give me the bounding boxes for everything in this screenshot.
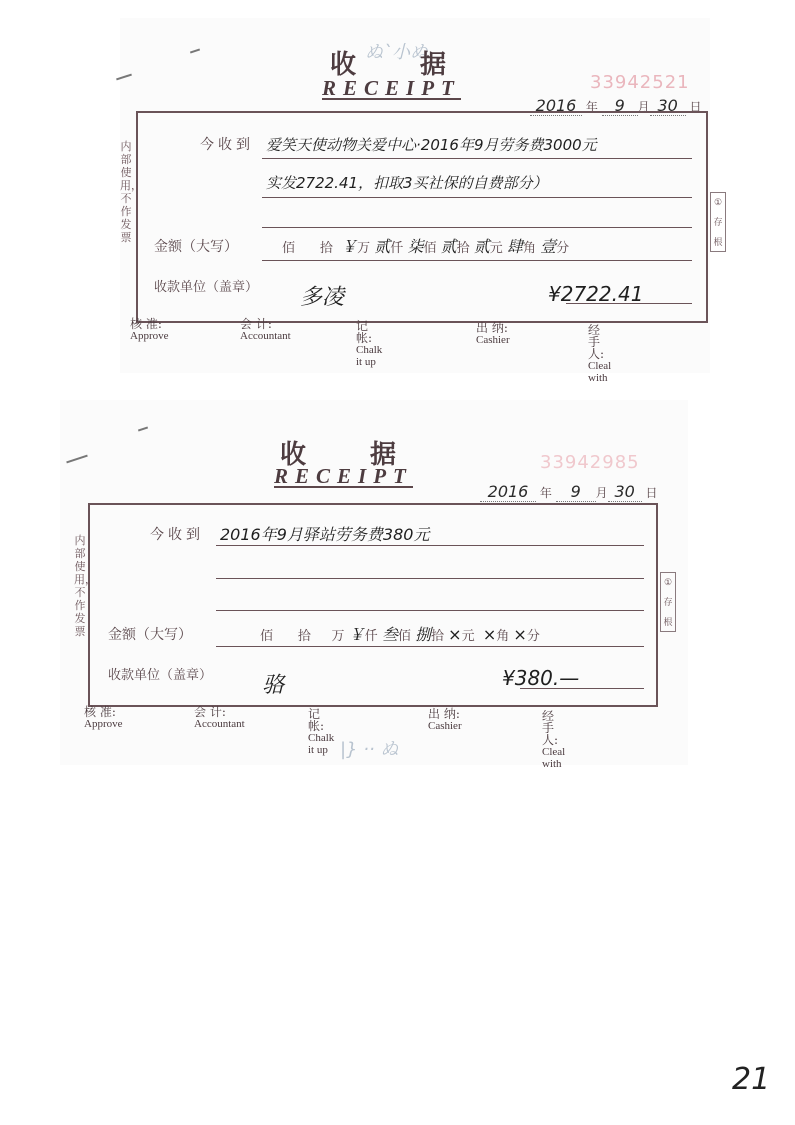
amount-slot: 壹分 [540,241,569,256]
stub-char: 根 [661,613,675,633]
rule-line [262,197,692,198]
amount-slot: 柒佰 [407,241,436,256]
sig-chalk: 记 帐:Chalk it up [356,320,382,368]
payee-label: 收款单位（盖章） [108,664,212,683]
stub-char: 根 [711,233,725,253]
rule-line [262,158,692,159]
internal-use-note: 内部使用，不作发票 [120,140,132,244]
amount-slot: 佰 [260,629,273,644]
rule-line [216,610,644,611]
sig-deal-with: 经手人:Cleal with [588,324,611,384]
amount-slot: 肆角 [507,241,536,256]
received-from-line-2: 实发2722.41，扣取3买社保的自费部分） [266,172,548,193]
received-from-label: 今收到 [150,524,204,544]
amount-words: 佰 拾 万 ￥仟 叁佰 捌拾 ×元 ×角 ×分 [260,622,540,645]
receipt-title-en: RECEIPT [274,466,413,488]
date-day: 30 [608,482,642,502]
amount-slot: 万 [332,629,345,644]
stub-num: ① [711,193,725,213]
receipt-title-en: RECEIPT [322,78,461,100]
page-number: 21 [732,1062,770,1097]
sig-accountant: 会 计:Accountant [240,318,291,342]
amount-slot: ×分 [513,629,539,644]
amount-words-label: 金额（大写） [108,624,192,644]
amount-figure: ¥380.— [502,666,579,690]
stub-label: ① 存 根 [660,572,676,632]
payee-value: 多凌 [300,280,344,311]
stub-num: ① [661,573,675,593]
rule-line [216,578,644,579]
amount-slot: 贰元 [474,241,503,256]
rule-line [566,303,692,304]
payee-value: 骆 [262,668,284,699]
amount-slot: 叁佰 [382,629,411,644]
amount-slot: ￥仟 [349,629,378,644]
date-month: 9 [556,482,596,502]
day-label: 日 [646,486,658,500]
amount-slot: 贰拾 [441,241,470,256]
received-from-label: 今收到 [200,134,254,154]
amount-words-label: 金额（大写） [154,236,238,256]
amount-slot: 拾 [298,629,311,644]
faint-stamp-trace: ぬ`小ぬ [365,38,428,64]
serial-number: 33942985 [540,452,640,473]
year-label: 年 [540,486,552,500]
internal-use-note: 内部使用，不作发票 [74,534,86,638]
faint-stamp-trace: |} ·· ぬ [340,735,398,761]
sig-cashier: 出 纳:Cashier [476,322,510,346]
amount-slot: 贰仟 [374,241,403,256]
date-year: 2016 [480,482,536,502]
rule-line [520,688,644,689]
rule-line [262,227,692,228]
sig-chalk: 记 帐:Chalk it up [308,708,334,756]
amount-slot: 捌拾 [415,629,444,644]
serial-number: 33942521 [590,72,690,93]
amount-slot: ×元 [448,629,474,644]
rule-line [262,260,692,261]
sig-cashier: 出 纳:Cashier [428,708,462,732]
month-label: 月 [596,486,608,500]
received-from-line-1: 2016年9月驿站劳务费380元 [220,522,429,545]
stub-char: 存 [711,213,725,233]
rule-line [216,646,644,647]
amount-slot: 拾 [320,241,333,256]
amount-slot: 佰 [282,241,295,256]
rule-line [216,545,644,546]
sig-approve: 核 准:Approve [84,706,123,730]
payee-label: 收款单位（盖章） [154,276,258,295]
amount-words: 佰 拾 ￥万 贰仟 柒佰 贰拾 贰元 肆角 壹分 [282,234,569,257]
sig-approve: 核 准:Approve [130,318,169,342]
sig-accountant: 会 计:Accountant [194,706,245,730]
amount-slot: ￥万 [341,241,370,256]
stub-label: ① 存 根 [710,192,726,252]
receipt-date: 2016 年 9月30 日 [480,482,658,502]
stub-char: 存 [661,593,675,613]
sig-deal-with: 经手人:Cleal with [542,710,565,770]
received-from-line-1: 爱笑天使动物关爱中心·2016年9月劳务费3000元 [266,134,597,155]
amount-slot: ×角 [483,629,509,644]
